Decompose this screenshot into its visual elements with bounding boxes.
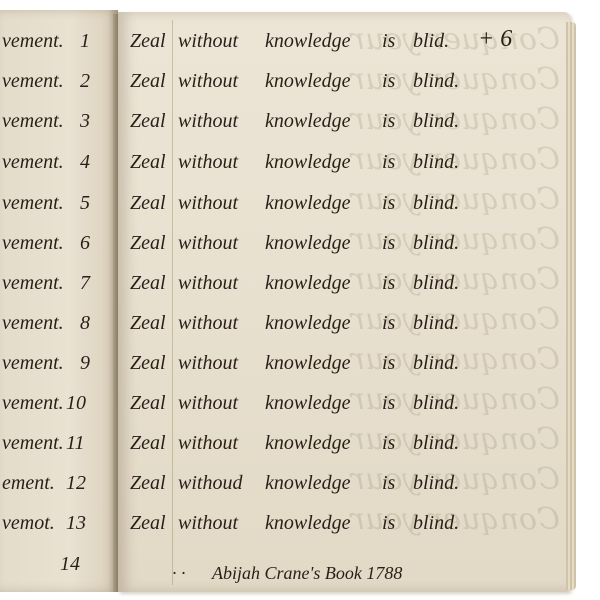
right-line-is-word: is [382, 352, 395, 375]
footer-dots: · · [172, 563, 186, 584]
right-line-zeal-word: Zeal [130, 352, 166, 375]
right-line-without-word: without [178, 352, 238, 375]
right-line-without-word: without [178, 392, 238, 415]
right-line-is-word: is [382, 232, 395, 255]
right-line-knowledge-word: knowledge [265, 232, 351, 255]
right-line-blind-word: blind. [413, 232, 459, 255]
right-line-zeal-word: Zeal [130, 392, 166, 415]
left-page [0, 10, 118, 592]
right-line-blind-word: blind. [413, 392, 459, 415]
left-line-text: vement. [2, 312, 64, 335]
left-line-number: 5 [80, 192, 90, 215]
owner-signature: Abijah Crane's Book 1788 [212, 563, 402, 584]
left-line-number: 3 [80, 110, 90, 133]
right-line-is-word: is [382, 512, 395, 535]
right-line-is-word: is [382, 432, 395, 455]
left-line-text: vement. [2, 232, 64, 255]
right-line-is-word: is [382, 392, 395, 415]
right-line-knowledge-word: knowledge [265, 272, 351, 295]
left-line-text: vement. [2, 70, 64, 93]
left-line-number: 12 [66, 472, 86, 495]
left-line-number: 14 [60, 553, 80, 576]
right-line-without-word: without [178, 192, 238, 215]
right-line-zeal-word: Zeal [130, 232, 166, 255]
right-line-blind-word: blind. [413, 70, 459, 93]
right-line-zeal-word: Zeal [130, 151, 166, 174]
page-edges [566, 22, 576, 590]
right-line-blind-word: blind. [413, 432, 459, 455]
right-line-blind-word: blind. [413, 192, 459, 215]
left-line-text: vement. [2, 272, 64, 295]
left-line-number: 7 [80, 272, 90, 295]
right-line-is-word: is [382, 272, 395, 295]
left-line-text: vement. [2, 30, 64, 53]
right-line-knowledge-word: knowledge [265, 512, 351, 535]
left-line-number: 10 [66, 392, 86, 415]
left-line-number: 2 [80, 70, 90, 93]
right-line-zeal-word: Zeal [130, 432, 166, 455]
right-line-without-word: without [178, 432, 238, 455]
right-line-zeal-word: Zeal [130, 30, 166, 53]
right-line-without-word: without [178, 232, 238, 255]
left-line-number: 1 [80, 30, 90, 53]
left-line-number: 4 [80, 151, 90, 174]
right-line-knowledge-word: knowledge [265, 472, 351, 495]
right-line-without-word: without [178, 151, 238, 174]
right-line-knowledge-word: knowledge [265, 30, 351, 53]
bleed-through-ink: Conquer your Conquer your Conquer your C… [350, 20, 560, 580]
left-line-text: vement. [2, 432, 64, 455]
left-line-number: 6 [80, 232, 90, 255]
ruled-margin-line [172, 20, 173, 585]
right-line-without-word: without [178, 272, 238, 295]
left-line-text: ement. [2, 472, 55, 495]
right-line-is-word: is [382, 30, 395, 53]
right-line-knowledge-word: knowledge [265, 192, 351, 215]
right-line-knowledge-word: knowledge [265, 110, 351, 133]
left-line-text: vement. [2, 392, 64, 415]
right-line-zeal-word: Zeal [130, 272, 166, 295]
copybook-photo: Conquer your Conquer your Conquer your C… [0, 0, 600, 600]
left-line-number: 8 [80, 312, 90, 335]
right-line-blind-word: blind. [413, 312, 459, 335]
left-line-number: 11 [66, 432, 85, 455]
right-line-without-word: without [178, 512, 238, 535]
left-line-number: 9 [80, 352, 90, 375]
right-line-knowledge-word: knowledge [265, 392, 351, 415]
right-line-is-word: is [382, 151, 395, 174]
right-line-zeal-word: Zeal [130, 70, 166, 93]
right-line-extra-word: + 6 [478, 26, 512, 53]
right-line-zeal-word: Zeal [130, 472, 166, 495]
right-line-zeal-word: Zeal [130, 192, 166, 215]
right-line-is-word: is [382, 472, 395, 495]
right-line-blind-word: blind. [413, 110, 459, 133]
right-line-knowledge-word: knowledge [265, 151, 351, 174]
right-line-without-word: without [178, 30, 238, 53]
right-line-is-word: is [382, 312, 395, 335]
right-line-blind-word: blind. [413, 472, 459, 495]
left-line-text: vement. [2, 151, 64, 174]
right-line-knowledge-word: knowledge [265, 70, 351, 93]
right-line-without-word: without [178, 70, 238, 93]
right-line-blind-word: blind. [413, 151, 459, 174]
right-line-without-word: withoud [178, 472, 242, 495]
right-line-without-word: without [178, 110, 238, 133]
left-line-text: vement. [2, 110, 64, 133]
right-line-zeal-word: Zeal [130, 312, 166, 335]
right-line-is-word: is [382, 192, 395, 215]
right-line-blind-word: blind. [413, 272, 459, 295]
right-line-knowledge-word: knowledge [265, 432, 351, 455]
right-line-knowledge-word: knowledge [265, 352, 351, 375]
right-line-blind-word: blid. [413, 30, 449, 53]
left-line-text: vement. [2, 192, 64, 215]
right-line-without-word: without [178, 312, 238, 335]
right-line-knowledge-word: knowledge [265, 312, 351, 335]
left-line-text: vement. [2, 352, 64, 375]
right-line-is-word: is [382, 110, 395, 133]
right-line-blind-word: blind. [413, 352, 459, 375]
right-line-zeal-word: Zeal [130, 512, 166, 535]
left-line-number: 13 [66, 512, 86, 535]
right-line-blind-word: blind. [413, 512, 459, 535]
right-line-is-word: is [382, 70, 395, 93]
left-line-text: vemot. [2, 512, 55, 535]
right-line-zeal-word: Zeal [130, 110, 166, 133]
